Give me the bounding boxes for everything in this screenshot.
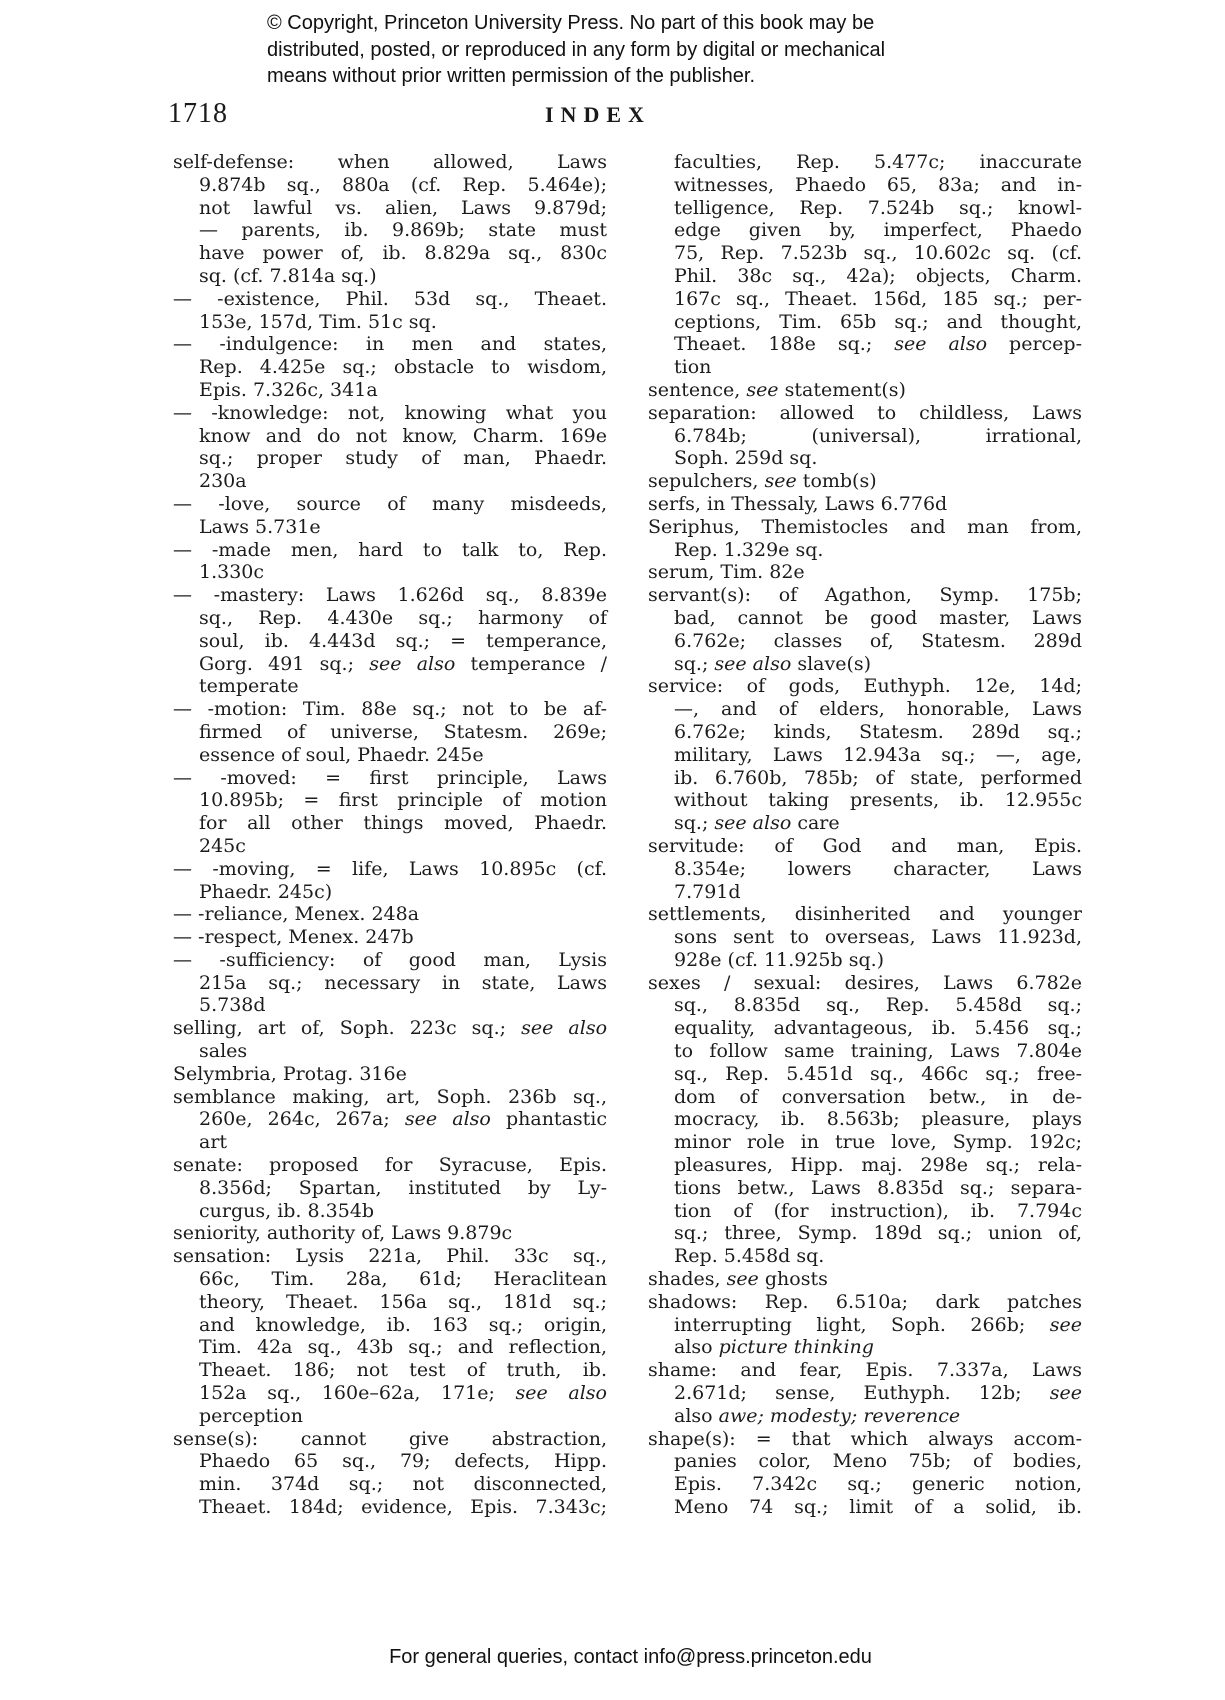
- index-line: temperate: [173, 675, 607, 698]
- index-line: also picture thinking: [648, 1336, 1082, 1359]
- index-line: pleasures, Hipp. maj. 298e sq.; rela-: [648, 1154, 1082, 1177]
- index-line: sq.; see also slave(s): [648, 653, 1082, 676]
- index-entry: — -reliance, Menex. 248a: [173, 903, 607, 926]
- index-entry: shape(s): = that which always accom-pani…: [648, 1428, 1082, 1519]
- index-line: — -sufficiency: of good man, Lysis: [173, 949, 607, 972]
- index-column-right: faculties, Rep. 5.477c; inaccuratewitnes…: [648, 151, 1082, 1519]
- index-line: semblance making, art, Soph. 236b sq.,: [173, 1086, 607, 1109]
- index-line: bad, cannot be good master, Laws: [648, 607, 1082, 630]
- index-line: seniority, authority of, Laws 9.879c: [173, 1222, 607, 1245]
- index-entry: semblance making, art, Soph. 236b sq.,26…: [173, 1086, 607, 1154]
- index-line: 75, Rep. 7.523b sq., 10.602c sq. (cf.: [648, 242, 1082, 265]
- index-entry: faculties, Rep. 5.477c; inaccuratewitnes…: [648, 151, 1082, 379]
- copyright-line: © Copyright, Princeton University Press.…: [267, 10, 967, 37]
- index-line: perception: [173, 1405, 607, 1428]
- index-line: settlements, disinherited and younger: [648, 903, 1082, 926]
- page-number: 1718: [168, 98, 228, 130]
- index-line: 215a sq.; necessary in state, Laws: [173, 972, 607, 995]
- index-line: Phil. 38c sq., 42a); objects, Charm.: [648, 265, 1082, 288]
- index-line: sq.; three, Symp. 189d sq.; union of,: [648, 1222, 1082, 1245]
- index-entry: — -made men, hard to talk to, Rep.1.330c: [173, 539, 607, 585]
- index-line: —, and of elders, honorable, Laws: [648, 698, 1082, 721]
- index-line: 260e, 264c, 267a; see also phantastic: [173, 1108, 607, 1131]
- index-line: — parents, ib. 9.869b; state must: [173, 219, 607, 242]
- index-entry: — -knowledge: not, knowing what youknow …: [173, 402, 607, 493]
- index-line: also awe; modesty; reverence: [648, 1405, 1082, 1428]
- index-line: 152a sq., 160e–62a, 171e; see also: [173, 1382, 607, 1405]
- index-line: and knowledge, ib. 163 sq.; origin,: [173, 1314, 607, 1337]
- index-line: — -mastery: Laws 1.626d sq., 8.839e: [173, 584, 607, 607]
- index-line: sentence, see statement(s): [648, 379, 1082, 402]
- index-line: 8.354e; lowers character, Laws: [648, 858, 1082, 881]
- index-line: separation: allowed to childless, Laws: [648, 402, 1082, 425]
- index-line: tion: [648, 356, 1082, 379]
- index-entry: — -moving, = life, Laws 10.895c (cf.Phae…: [173, 858, 607, 904]
- index-line: selling, art of, Soph. 223c sq.; see als…: [173, 1017, 607, 1040]
- footer-contact: For general queries, contact info@press.…: [0, 1646, 1225, 1669]
- index-entry: — -moved: = first principle, Laws10.895b…: [173, 767, 607, 858]
- index-line: shades, see ghosts: [648, 1268, 1082, 1291]
- index-line: tion of (for instruction), ib. 7.794c: [648, 1200, 1082, 1223]
- index-line: 167c sq., Theaet. 156d, 185 sq.; per-: [648, 288, 1082, 311]
- index-line: ib. 6.760b, 785b; of state, performed: [648, 767, 1082, 790]
- index-line: curgus, ib. 8.354b: [173, 1200, 607, 1223]
- index-line: — -moved: = first principle, Laws: [173, 767, 607, 790]
- index-line: firmed of universe, Statesm. 269e;: [173, 721, 607, 744]
- copyright-line: distributed, posted, or reproduced in an…: [267, 37, 967, 64]
- index-entry: sepulchers, see tomb(s): [648, 470, 1082, 493]
- index-line: minor role in true love, Symp. 192c;: [648, 1131, 1082, 1154]
- index-line: 6.762e; kinds, Statesm. 289d sq.;: [648, 721, 1082, 744]
- index-line: Soph. 259d sq.: [648, 447, 1082, 470]
- index-entry: separation: allowed to childless, Laws6.…: [648, 402, 1082, 470]
- index-entry: serfs, in Thessaly, Laws 6.776d: [648, 493, 1082, 516]
- index-line: 153e, 157d, Tim. 51c sq.: [173, 311, 607, 334]
- index-line: service: of gods, Euthyph. 12e, 14d;: [648, 675, 1082, 698]
- index-line: Laws 5.731e: [173, 516, 607, 539]
- page-title: INDEX: [545, 102, 651, 128]
- index-line: — -made men, hard to talk to, Rep.: [173, 539, 607, 562]
- index-line: — -indulgence: in men and states,: [173, 333, 607, 356]
- index-line: 7.791d: [648, 881, 1082, 904]
- index-line: — -respect, Menex. 247b: [173, 926, 607, 949]
- index-line: have power of, ib. 8.829a sq., 830c: [173, 242, 607, 265]
- index-line: 8.356d; Spartan, instituted by Ly-: [173, 1177, 607, 1200]
- index-line: telligence, Rep. 7.524b sq.; knowl-: [648, 197, 1082, 220]
- index-line: military, Laws 12.943a sq.; —, age,: [648, 744, 1082, 767]
- index-line: interrupting light, Soph. 266b; see: [648, 1314, 1082, 1337]
- index-entry: settlements, disinherited and youngerson…: [648, 903, 1082, 971]
- index-line: — -existence, Phil. 53d sq., Theaet.: [173, 288, 607, 311]
- index-entry: — -mastery: Laws 1.626d sq., 8.839esq., …: [173, 584, 607, 698]
- copyright-notice: © Copyright, Princeton University Press.…: [267, 10, 967, 90]
- index-entry: sexes / sexual: desires, Laws 6.782esq.,…: [648, 972, 1082, 1268]
- index-line: for all other things moved, Phaedr.: [173, 812, 607, 835]
- index-line: Rep. 4.425e sq.; obstacle to wisdom,: [173, 356, 607, 379]
- index-line: self-defense: when allowed, Laws: [173, 151, 607, 174]
- index-line: to follow same training, Laws 7.804e: [648, 1040, 1082, 1063]
- index-line: Phaedr. 245c): [173, 881, 607, 904]
- index-line: 245c: [173, 835, 607, 858]
- index-line: Epis. 7.326c, 341a: [173, 379, 607, 402]
- index-entry: shadows: Rep. 6.510a; dark patchesinterr…: [648, 1291, 1082, 1359]
- index-entry: servitude: of God and man, Epis.8.354e; …: [648, 835, 1082, 903]
- index-line: — -moving, = life, Laws 10.895c (cf.: [173, 858, 607, 881]
- index-line: mocracy, ib. 8.563b; pleasure, plays: [648, 1108, 1082, 1131]
- index-line: ceptions, Tim. 65b sq.; and thought,: [648, 311, 1082, 334]
- index-line: servitude: of God and man, Epis.: [648, 835, 1082, 858]
- index-entry: — -indulgence: in men and states,Rep. 4.…: [173, 333, 607, 401]
- index-line: sq. (cf. 7.814a sq.): [173, 265, 607, 288]
- index-entry: Seriphus, Themistocles and man from,Rep.…: [648, 516, 1082, 562]
- index-line: theory, Theaet. 156a sq., 181d sq.;: [173, 1291, 607, 1314]
- index-line: panies color, Meno 75b; of bodies,: [648, 1450, 1082, 1473]
- index-line: without taking presents, ib. 12.955c: [648, 789, 1082, 812]
- index-entry: sentence, see statement(s): [648, 379, 1082, 402]
- index-entry: sensation: Lysis 221a, Phil. 33c sq.,66c…: [173, 1245, 607, 1427]
- index-line: faculties, Rep. 5.477c; inaccurate: [648, 151, 1082, 174]
- index-line: sensation: Lysis 221a, Phil. 33c sq.,: [173, 1245, 607, 1268]
- index-entry: — -existence, Phil. 53d sq., Theaet.153e…: [173, 288, 607, 334]
- index-line: shape(s): = that which always accom-: [648, 1428, 1082, 1451]
- index-line: 5.738d: [173, 994, 607, 1017]
- index-line: sepulchers, see tomb(s): [648, 470, 1082, 493]
- index-line: Rep. 5.458d sq.: [648, 1245, 1082, 1268]
- index-line: equality, advantageous, ib. 5.456 sq.;: [648, 1017, 1082, 1040]
- index-line: sq., Rep. 5.451d sq., 466c sq.; free-: [648, 1063, 1082, 1086]
- index-entry: seniority, authority of, Laws 9.879c: [173, 1222, 607, 1245]
- index-line: 10.895b; = first principle of motion: [173, 789, 607, 812]
- index-line: 66c, Tim. 28a, 61d; Heraclitean: [173, 1268, 607, 1291]
- index-line: Epis. 7.342c sq.; generic notion,: [648, 1473, 1082, 1496]
- index-line: Theaet. 186; not test of truth, ib.: [173, 1359, 607, 1382]
- index-line: 230a: [173, 470, 607, 493]
- index-line: min. 374d sq.; not disconnected,: [173, 1473, 607, 1496]
- index-line: servant(s): of Agathon, Symp. 175b;: [648, 584, 1082, 607]
- index-entry: — -respect, Menex. 247b: [173, 926, 607, 949]
- index-line: 1.330c: [173, 561, 607, 584]
- index-line: shame: and fear, Epis. 7.337a, Laws: [648, 1359, 1082, 1382]
- index-entry: Selymbria, Protag. 316e: [173, 1063, 607, 1086]
- index-line: 9.874b sq., 880a (cf. Rep. 5.464e);: [173, 174, 607, 197]
- index-line: not lawful vs. alien, Laws 9.879d;: [173, 197, 607, 220]
- index-line: — -love, source of many misdeeds,: [173, 493, 607, 516]
- index-entry: selling, art of, Soph. 223c sq.; see als…: [173, 1017, 607, 1063]
- index-line: sq.; see also care: [648, 812, 1082, 835]
- index-entry: shame: and fear, Epis. 7.337a, Laws2.671…: [648, 1359, 1082, 1427]
- index-line: serfs, in Thessaly, Laws 6.776d: [648, 493, 1082, 516]
- copyright-line: means without prior written permission o…: [267, 63, 967, 90]
- index-line: Seriphus, Themistocles and man from,: [648, 516, 1082, 539]
- index-line: — -reliance, Menex. 248a: [173, 903, 607, 926]
- index-entry: serum, Tim. 82e: [648, 561, 1082, 584]
- index-entry: sense(s): cannot give abstraction,Phaedo…: [173, 1428, 607, 1519]
- index-entry: — -sufficiency: of good man, Lysis215a s…: [173, 949, 607, 1017]
- index-entry: self-defense: when allowed, Laws9.874b s…: [173, 151, 607, 288]
- index-line: sq., 8.835d sq., Rep. 5.458d sq.;: [648, 994, 1082, 1017]
- index-line: Theaet. 188e sq.; see also percep-: [648, 333, 1082, 356]
- index-line: Phaedo 65 sq., 79; defects, Hipp.: [173, 1450, 607, 1473]
- index-line: 928e (cf. 11.925b sq.): [648, 949, 1082, 972]
- index-line: senate: proposed for Syracuse, Epis.: [173, 1154, 607, 1177]
- index-line: sense(s): cannot give abstraction,: [173, 1428, 607, 1451]
- index-line: Meno 74 sq.; limit of a solid, ib.: [648, 1496, 1082, 1519]
- index-line: — -motion: Tim. 88e sq.; not to be af-: [173, 698, 607, 721]
- index-line: sq.; proper study of man, Phaedr.: [173, 447, 607, 470]
- index-column-left: self-defense: when allowed, Laws9.874b s…: [173, 151, 607, 1519]
- index-line: sales: [173, 1040, 607, 1063]
- footer-text: For general queries, contact info@press.…: [389, 1646, 872, 1668]
- index-line: 2.671d; sense, Euthyph. 12b; see: [648, 1382, 1082, 1405]
- index-line: 6.784b; (universal), irrational,: [648, 425, 1082, 448]
- index-line: shadows: Rep. 6.510a; dark patches: [648, 1291, 1082, 1314]
- index-line: Theaet. 184d; evidence, Epis. 7.343c;: [173, 1496, 607, 1519]
- index-entry: — -motion: Tim. 88e sq.; not to be af-fi…: [173, 698, 607, 766]
- index-entry: servant(s): of Agathon, Symp. 175b;bad, …: [648, 584, 1082, 675]
- index-line: sons sent to overseas, Laws 11.923d,: [648, 926, 1082, 949]
- index-line: art: [173, 1131, 607, 1154]
- index-line: witnesses, Phaedo 65, 83a; and in-: [648, 174, 1082, 197]
- index-line: Tim. 42a sq., 43b sq.; and reflection,: [173, 1336, 607, 1359]
- index-line: — -knowledge: not, knowing what you: [173, 402, 607, 425]
- index-line: Selymbria, Protag. 316e: [173, 1063, 607, 1086]
- index-line: sq., Rep. 4.430e sq.; harmony of: [173, 607, 607, 630]
- index-line: edge given by, imperfect, Phaedo: [648, 219, 1082, 242]
- index-line: Rep. 1.329e sq.: [648, 539, 1082, 562]
- index-entry: shades, see ghosts: [648, 1268, 1082, 1291]
- running-head: 1718 INDEX: [0, 98, 1225, 130]
- index-line: sexes / sexual: desires, Laws 6.782e: [648, 972, 1082, 995]
- index-entry: service: of gods, Euthyph. 12e, 14d;—, a…: [648, 675, 1082, 835]
- index-line: dom of conversation betw., in de-: [648, 1086, 1082, 1109]
- index-line: essence of soul, Phaedr. 245e: [173, 744, 607, 767]
- index-entry: — -love, source of many misdeeds,Laws 5.…: [173, 493, 607, 539]
- index-line: soul, ib. 4.443d sq.; = temperance,: [173, 630, 607, 653]
- index-line: tions betw., Laws 8.835d sq.; separa-: [648, 1177, 1082, 1200]
- index-line: serum, Tim. 82e: [648, 561, 1082, 584]
- index-line: 6.762e; classes of, Statesm. 289d: [648, 630, 1082, 653]
- index-entry: senate: proposed for Syracuse, Epis.8.35…: [173, 1154, 607, 1222]
- index-line: know and do not know, Charm. 169e: [173, 425, 607, 448]
- index-line: Gorg. 491 sq.; see also temperance /: [173, 653, 607, 676]
